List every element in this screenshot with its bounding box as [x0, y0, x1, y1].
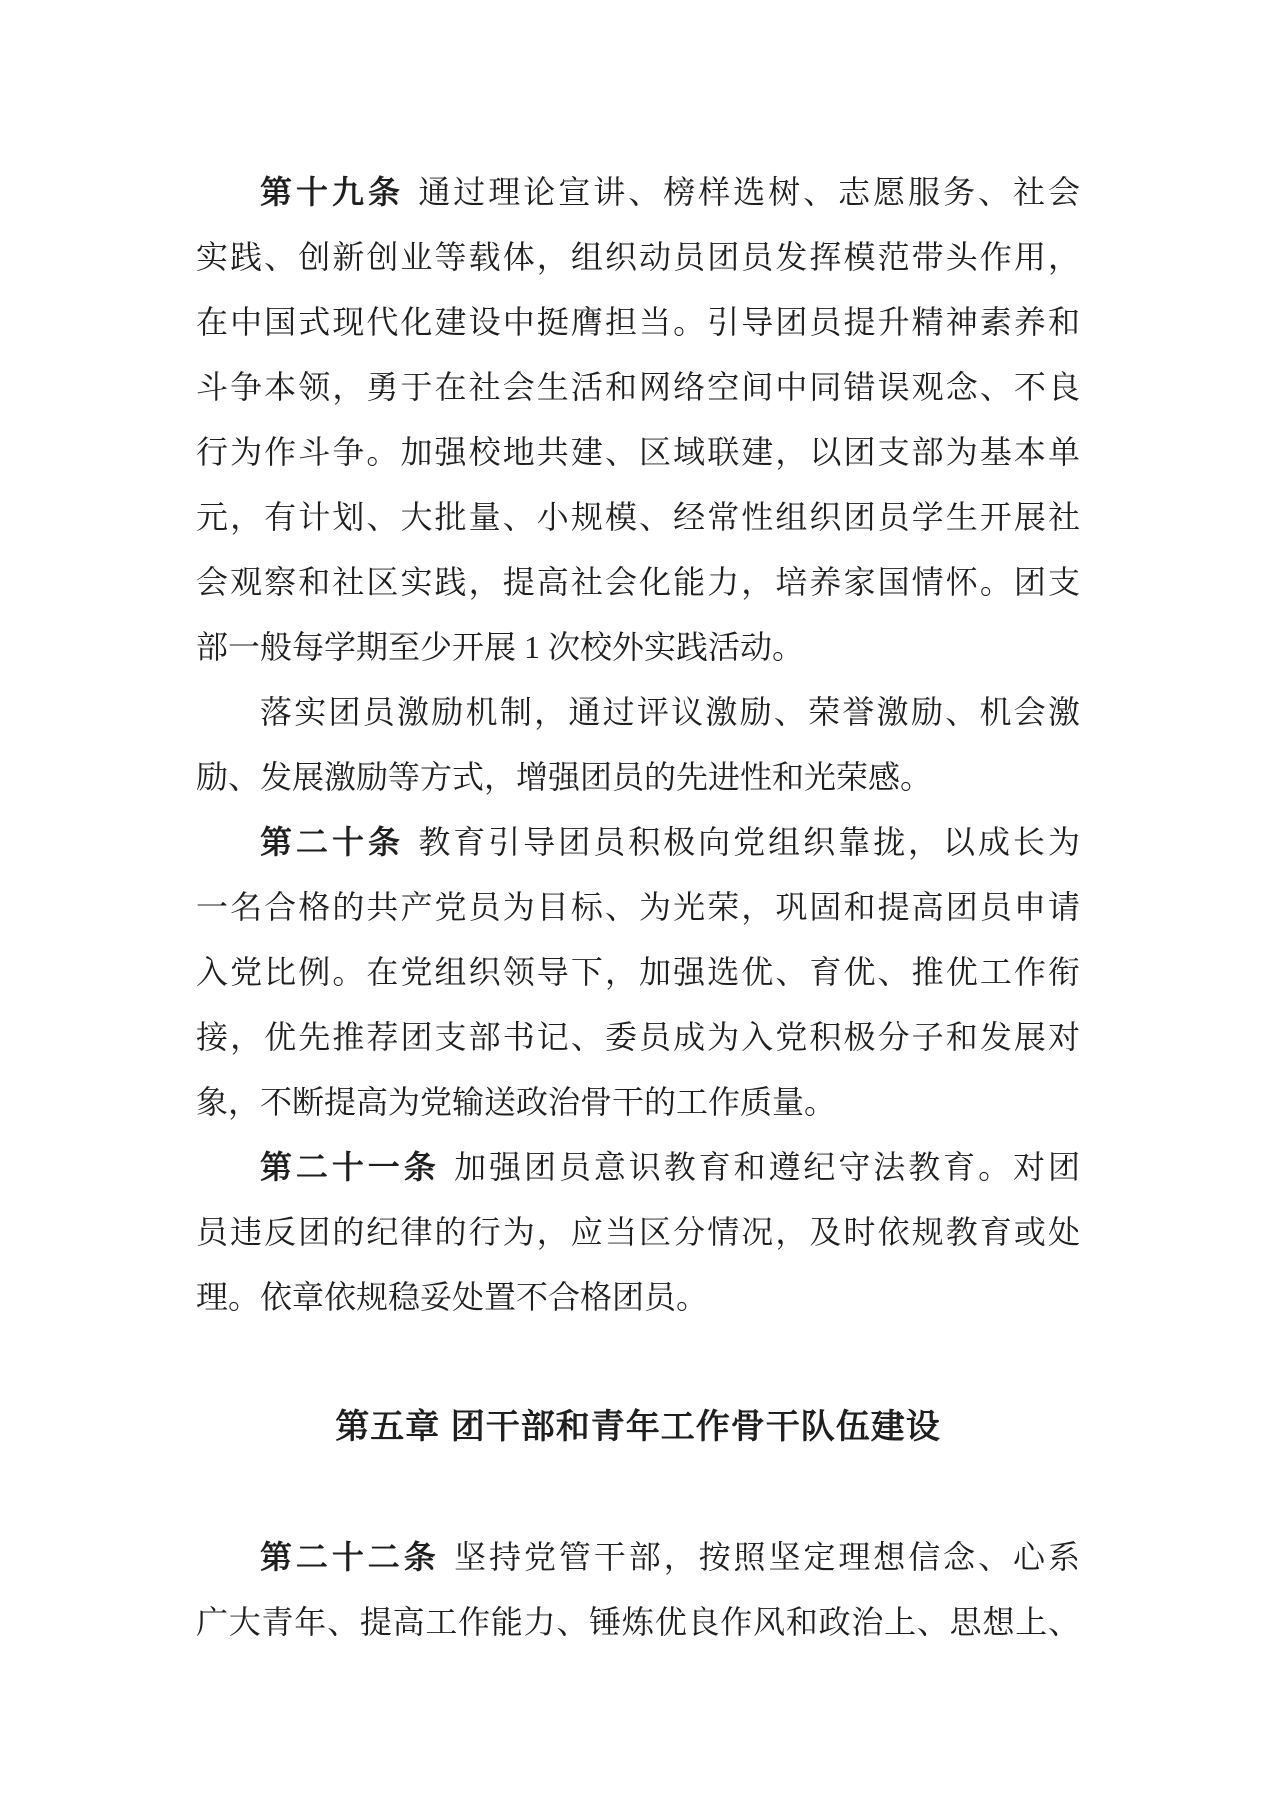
text-line: 行为作斗争。加强校地共建、区域联建，以团支部为基本单: [196, 420, 1080, 485]
text-line: 第二十二条坚持党管干部，按照坚定理想信念、心系: [196, 1525, 1080, 1590]
document-body: 第十九条通过理论宣讲、榜样选树、志愿服务、社会实践、创新创业等载体，组织动员团员…: [196, 160, 1080, 1655]
text-line: 部一般每学期至少开展 1 次校外实践活动。: [196, 615, 1080, 680]
text-line: 广大青年、提高工作能力、锤炼优良作风和政治上、思想上、: [196, 1590, 1080, 1655]
text-line: 在中国式现代化建设中挺膺担当。引导团员提升精神素养和: [196, 290, 1080, 355]
text-line: 第二十条教育引导团员积极向党组织靠拢，以成长为: [196, 810, 1080, 875]
text-line: 第十九条通过理论宣讲、榜样选树、志愿服务、社会: [196, 160, 1080, 225]
text-line: 斗争本领，勇于在社会生活和网络空间中同错误观念、不良: [196, 355, 1080, 420]
article-number-label: 第十九条: [260, 174, 404, 210]
text-line: 元，有计划、大批量、小规模、经常性组织团员学生开展社: [196, 485, 1080, 550]
text-line: 落实团员激励机制，通过评议激励、荣誉激励、机会激: [196, 680, 1080, 745]
text-line: 理。依章依规稳妥处置不合格团员。: [196, 1265, 1080, 1330]
article-number-label: 第二十二条: [260, 1539, 440, 1575]
article-number-label: 第二十一条: [260, 1149, 440, 1185]
text-line: 象，不断提高为党输送政治骨干的工作质量。: [196, 1070, 1080, 1135]
text-line: 入党比例。在党组织领导下，加强选优、育优、推优工作衔: [196, 940, 1080, 1005]
text-line: 接，优先推荐团支部书记、委员成为入党积极分子和发展对: [196, 1005, 1080, 1070]
chapter-heading: 第五章 团干部和青年工作骨干队伍建设: [196, 1395, 1080, 1460]
text-line: 会观察和社区实践，提高社会化能力，培养家国情怀。团支: [196, 550, 1080, 615]
text-line: 第二十一条加强团员意识教育和遵纪守法教育。对团: [196, 1135, 1080, 1200]
document-page: 第十九条通过理论宣讲、榜样选树、志愿服务、社会实践、创新创业等载体，组织动员团员…: [0, 0, 1279, 1810]
text-line: 员违反团的纪律的行为，应当区分情况，及时依规教育或处: [196, 1200, 1080, 1265]
text-line: 一名合格的共产党员为目标、为光荣，巩固和提高团员申请: [196, 875, 1080, 940]
text-line: 实践、创新创业等载体，组织动员团员发挥模范带头作用，: [196, 225, 1080, 290]
article-number-label: 第二十条: [260, 824, 404, 860]
text-line: 励、发展激励等方式，增强团员的先进性和光荣感。: [196, 745, 1080, 810]
